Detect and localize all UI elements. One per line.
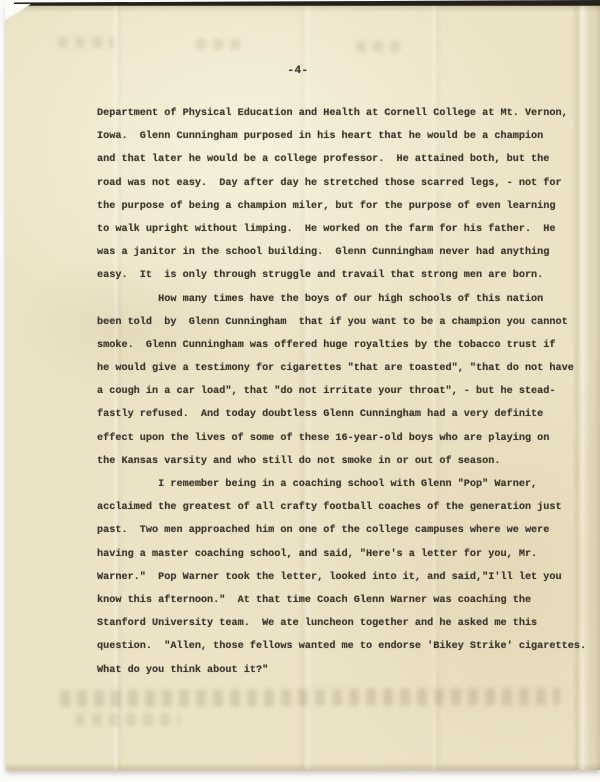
text-line: having a master coaching school, and sai… xyxy=(97,543,592,566)
text-block: Department of Physical Education and Hea… xyxy=(97,102,592,682)
text-line: he would give a testimony for cigarettes… xyxy=(97,357,592,380)
text-line: was a janitor in the school building. Gl… xyxy=(97,241,592,264)
ink-transfer-smudge xyxy=(58,37,114,48)
text-line: past. Two men approached him on one of t… xyxy=(97,519,592,542)
text-line: I remember being in a coaching school wi… xyxy=(97,473,592,496)
text-line: been told by Glenn Cunningham that if yo… xyxy=(97,311,592,334)
ink-transfer-smudge xyxy=(75,713,180,726)
page-number: -4- xyxy=(268,65,328,77)
text-line: Stanford University team. We ate luncheo… xyxy=(97,612,592,635)
text-line: effect upon the lives of some of these 1… xyxy=(97,427,592,450)
text-line: the purpose of being a champion miler, b… xyxy=(97,195,592,218)
text-line: road was not easy. Day after day he stre… xyxy=(97,172,592,195)
document-page: -4- Department of Physical Education and… xyxy=(6,5,600,770)
text-line: What do you think about it?" xyxy=(97,659,592,682)
paper-corner xyxy=(5,4,31,20)
ink-transfer-smudge xyxy=(196,39,244,50)
text-line: fastly refused. And today doubtless Glen… xyxy=(97,403,592,426)
text-line: the Kansas varsity and who still do not … xyxy=(97,450,592,473)
text-line: acclaimed the greatest of all crafty foo… xyxy=(97,496,592,519)
text-line: Department of Physical Education and Hea… xyxy=(97,102,592,125)
text-line: smoke. Glenn Cunningham was offered huge… xyxy=(97,334,592,357)
text-line: easy. It is only through struggle and tr… xyxy=(97,264,592,287)
text-line: How many times have the boys of our high… xyxy=(97,288,592,311)
text-line: Iowa. Glenn Cunningham purposed in his h… xyxy=(97,125,592,148)
text-line: to walk upright without limping. He work… xyxy=(97,218,592,241)
text-line: a cough in a car load", that "do not irr… xyxy=(97,380,592,403)
text-line: know this afternoon." At that time Coach… xyxy=(97,589,592,612)
ink-transfer-smudge xyxy=(60,688,560,707)
scan-background: -4- Department of Physical Education and… xyxy=(0,0,600,782)
ink-transfer-smudge xyxy=(356,41,404,52)
text-line: question. "Allen, those fellows wanted m… xyxy=(97,635,592,658)
text-line: and that later he would be a college pro… xyxy=(97,148,592,171)
text-line: Warner." Pop Warner took the letter, loo… xyxy=(97,566,592,589)
